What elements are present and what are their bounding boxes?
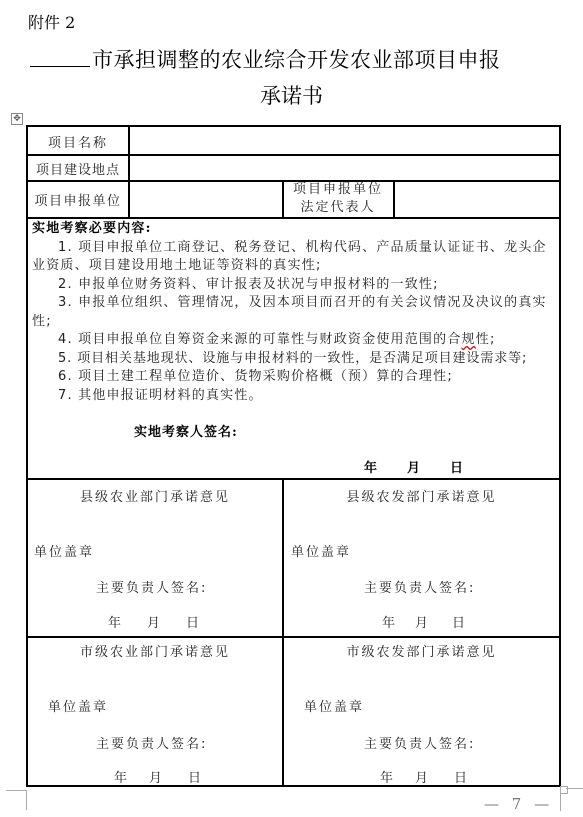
- date-month: 月: [415, 771, 430, 786]
- page-number: — 7 —: [484, 795, 553, 813]
- margin-crop-mark: [566, 788, 583, 789]
- inspection-item: 7. 其他申报证明材料的真实性。: [32, 387, 554, 406]
- opinion-date: 年月日: [108, 612, 201, 631]
- leader-signature-label: 主要负责人签名:: [96, 577, 207, 596]
- spellcheck-flagged-word: 规: [462, 332, 476, 347]
- date-month: 月: [147, 616, 162, 631]
- date-month: 月: [149, 771, 164, 786]
- date-year: 年: [108, 616, 123, 631]
- label-line: 项目申报单位: [284, 181, 392, 199]
- date-year: 年: [364, 461, 379, 476]
- date-month: 月: [415, 616, 430, 631]
- opinion-title: 县级农发部门承诺意见: [284, 486, 559, 505]
- opinion-title: 市级农发部门承诺意见: [284, 641, 559, 660]
- date-day: 日: [186, 616, 201, 631]
- date-year: 年: [382, 616, 397, 631]
- row-divider: [26, 217, 561, 219]
- label-project-name: 项目名称: [28, 132, 128, 151]
- col-divider: [282, 478, 284, 786]
- margin-crop-mark: [26, 790, 27, 810]
- inspection-item: 6. 项目土建工程单位造价、货物采购价格概（预）算的合理性;: [32, 368, 554, 387]
- project-name-field[interactable]: [130, 127, 558, 153]
- inspection-item: 4. 项目申报单位自筹资金来源的可靠性与财政资金使用范围的合规性;: [32, 331, 554, 350]
- unit-seal-label: 单位盖章: [304, 696, 364, 715]
- legal-representative-field[interactable]: [395, 182, 558, 216]
- unit-seal-label: 单位盖章: [291, 541, 351, 560]
- applicant-unit-field[interactable]: [130, 182, 281, 216]
- margin-crop-mark: [6, 790, 26, 791]
- unit-seal-label: 单位盖章: [34, 541, 94, 560]
- item-text: 4. 项目申报单位自筹资金来源的可靠性与财政资金使用范围的合: [58, 332, 462, 347]
- unit-seal-label: 单位盖章: [48, 696, 108, 715]
- leader-signature-label: 主要负责人签名:: [364, 733, 475, 752]
- label-line: 法定代表人: [284, 199, 392, 217]
- date-year: 年: [114, 771, 129, 786]
- opinion-date: 年月日: [380, 767, 469, 786]
- opinion-date: 年月日: [114, 767, 203, 786]
- inspector-signature-field[interactable]: [250, 418, 450, 438]
- opinion-title: 县级农业部门承诺意见: [28, 486, 282, 505]
- opinion-title: 市级农业部门承诺意见: [28, 641, 282, 660]
- date-day: 日: [452, 616, 467, 631]
- inspection-item: 3. 申报单位组织、管理情况，及因本项目而召开的有关会议情况及决议的真实性;: [32, 294, 554, 331]
- table-border-bottom: [26, 785, 561, 787]
- title-text: 市承担调整的农业综合开发农业部项目申报: [92, 48, 501, 72]
- city-blank-field[interactable]: [30, 46, 90, 67]
- opinion-date: 年月日: [382, 612, 467, 631]
- date-day: 日: [450, 461, 465, 476]
- date-day: 日: [188, 771, 203, 786]
- label-applicant-unit: 项目申报单位: [28, 190, 128, 209]
- document-title-line2: 承诺书: [0, 80, 583, 110]
- margin-crop-mark: [560, 791, 561, 811]
- date-day: 日: [454, 771, 469, 786]
- table-move-handle-icon[interactable]: ✥: [11, 113, 23, 125]
- document-title-line1: 市承担调整的农业综合开发农业部项目申报: [30, 44, 501, 74]
- row-divider: [26, 478, 561, 480]
- inspector-signature-label: 实地考察人签名:: [134, 421, 238, 440]
- item-text: 性;: [476, 332, 496, 347]
- table-border-left: [26, 125, 28, 786]
- label-legal-representative: 项目申报单位 法定代表人: [284, 181, 392, 217]
- date-month: 月: [407, 461, 422, 476]
- inspection-heading: 实地考察必要内容:: [32, 220, 554, 239]
- label-project-location: 项目建设地点: [28, 159, 128, 178]
- margin-corner-box: [560, 786, 568, 794]
- inspection-item: 5. 项目相关基地现状、设施与申报材料的一致性，是否满足项目建设需求等;: [32, 350, 554, 369]
- inspection-item: 2. 申报单位财务资料、审计报表及状况与申报材料的一致性;: [32, 276, 554, 295]
- inspection-date: 年月日: [364, 457, 465, 476]
- date-year: 年: [380, 771, 395, 786]
- inspection-content: 实地考察必要内容: 1. 项目申报单位工商登记、税务登记、机构代码、产品质量认证…: [32, 220, 554, 405]
- leader-signature-label: 主要负责人签名:: [96, 733, 207, 752]
- attachment-label: 附件 2: [28, 10, 75, 33]
- row-divider: [26, 636, 561, 638]
- inspection-item: 1. 项目申报单位工商登记、税务登记、机构代码、产品质量认证证书、龙头企业资质、…: [32, 239, 554, 276]
- leader-signature-label: 主要负责人签名:: [364, 577, 475, 596]
- table-border-right: [559, 125, 561, 786]
- project-location-field[interactable]: [130, 156, 558, 179]
